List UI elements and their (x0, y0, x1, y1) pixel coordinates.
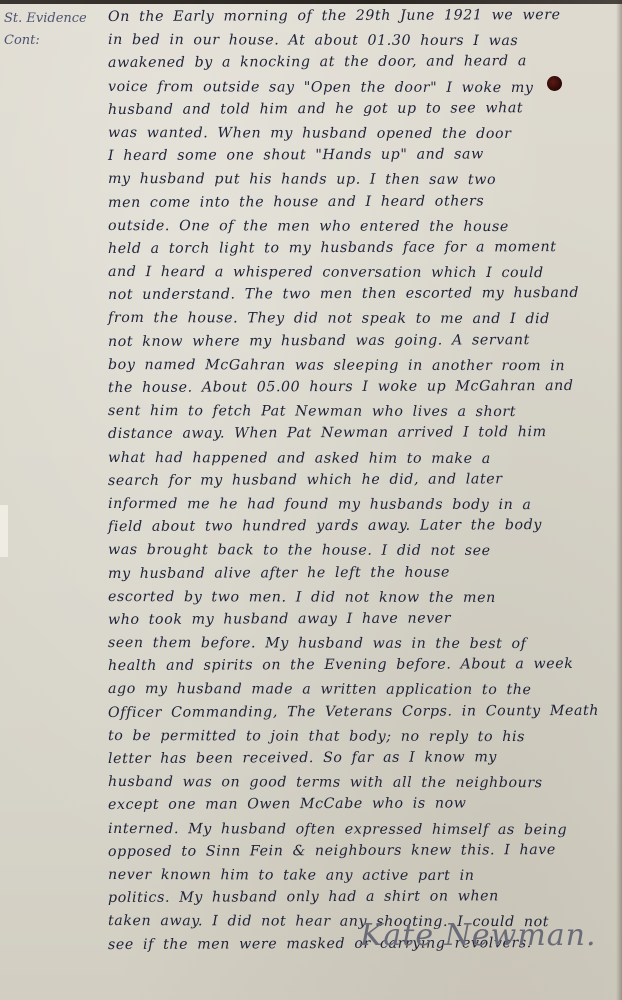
statement-line: the house. About 05.00 hours I woke up M… (108, 375, 613, 400)
statement-line: husband and told him and he got up to se… (108, 97, 613, 122)
statement-body: On the Early morning of the 29th June 19… (108, 6, 613, 957)
margin-note-line: St. Evidence (4, 8, 94, 30)
statement-line: letter has been received. So far as I kn… (108, 746, 613, 771)
page-right-edge-shadow (616, 0, 622, 1000)
statement-line: On the Early morning of the 29th June 19… (108, 4, 613, 29)
statement-line: awakened by a knocking at the door, and … (108, 50, 613, 75)
statement-line: Officer Commanding, The Veterans Corps. … (108, 699, 613, 724)
document-page: St. Evidence Cont: On the Early morning … (0, 0, 622, 1000)
margin-note-line: Cont: (4, 30, 94, 52)
signature: Kate Newman. (360, 918, 597, 953)
paper-tear-mark (0, 505, 8, 557)
statement-line: who took my husband away I have never (108, 607, 613, 632)
statement-line: I heard some one shout "Hands up" and sa… (108, 143, 613, 168)
statement-line: men come into the house and I heard othe… (108, 189, 613, 214)
statement-line: search for my husband which he did, and … (108, 468, 613, 493)
statement-line: distance away. When Pat Newman arrived I… (108, 421, 613, 446)
statement-line: politics. My husband only had a shirt on… (108, 885, 613, 910)
statement-line: health and spirits on the Evening before… (108, 653, 613, 678)
statement-line: my husband alive after he left the house (108, 560, 613, 585)
statement-line: field about two hundred yards away. Late… (108, 514, 613, 539)
statement-line: held a torch light to my husbands face f… (108, 236, 613, 261)
statement-line: not know where my husband was going. A s… (108, 328, 613, 353)
statement-line: not understand. The two men then escorte… (108, 282, 613, 307)
statement-line: opposed to Sinn Fein & neighbours knew t… (108, 839, 613, 864)
statement-line: except one man Owen McCabe who is now (108, 792, 613, 817)
margin-note: St. Evidence Cont: (4, 8, 94, 52)
